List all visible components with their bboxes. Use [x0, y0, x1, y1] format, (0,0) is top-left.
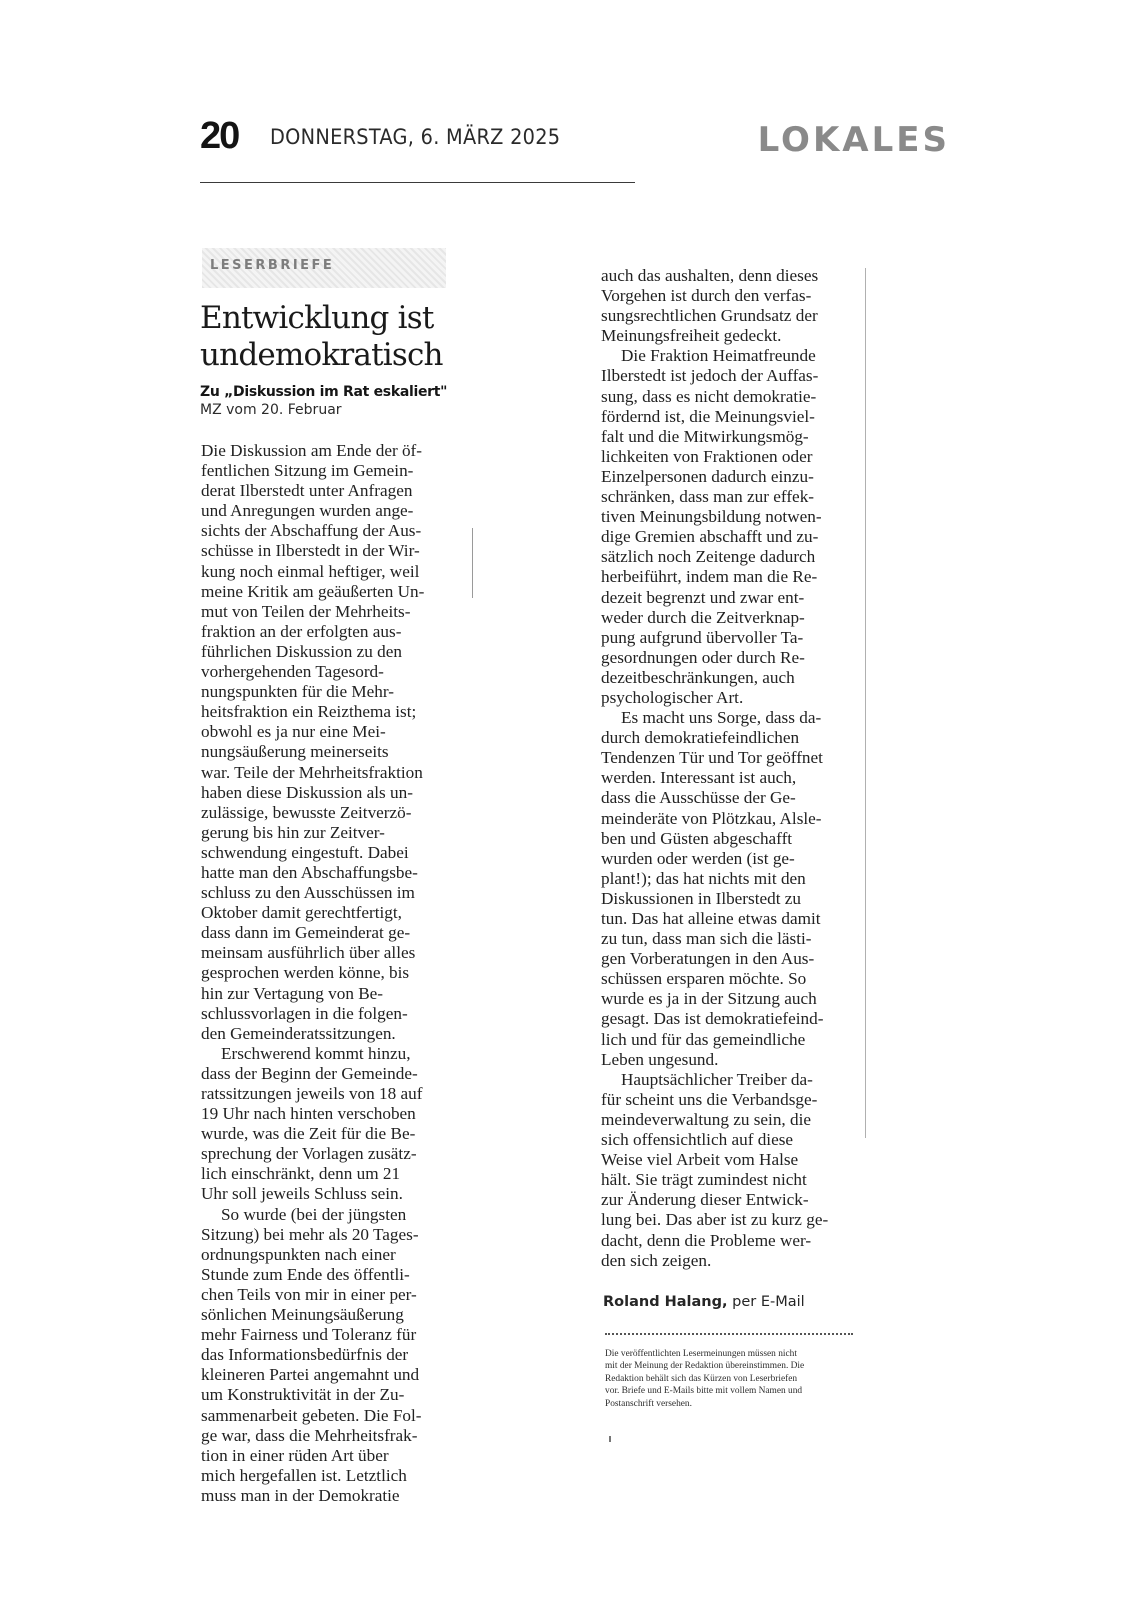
article-column-right: auch das aushalten, denn diesesVorgehen … [601, 266, 871, 1271]
column-rule [865, 268, 866, 1138]
body-text-line: nungsäußerung meinerseits [201, 742, 466, 762]
headline-line: undemokratisch [200, 337, 470, 374]
body-text-line: dacht, denn die Probleme wer- [601, 1231, 871, 1251]
body-text-line: Weise viel Arbeit vom Halse [601, 1150, 871, 1170]
body-text-line: den sich zeigen. [601, 1251, 871, 1271]
author-via: per E-Mail [728, 1294, 805, 1310]
header-rule [200, 182, 635, 183]
body-text-line: schüsse in Ilberstedt in der Wir- [201, 541, 466, 561]
dotted-divider [605, 1333, 853, 1335]
body-text-line: kleineren Partei angemahnt und [201, 1365, 466, 1385]
kicker-bar: LESERBRIEFE [202, 248, 446, 288]
body-text-line: Hauptsächlicher Treiber da- [601, 1070, 871, 1090]
article-column-left: Die Diskussion am Ende der öf-fentlichen… [201, 441, 466, 1506]
disclaimer-line: Postanschrift versehen. [605, 1398, 865, 1410]
body-text-line: hin zur Vertagung von Be- [201, 984, 466, 1004]
body-text-line: Es macht uns Sorge, dass da- [601, 708, 871, 728]
body-text-line: sprechung der Vorlagen zusätz- [201, 1144, 466, 1164]
body-text-line: gen Vorberatungen in den Aus- [601, 949, 871, 969]
disclaimer-line: Redaktion behält sich das Kürzen von Les… [605, 1373, 865, 1385]
body-text-line: haben diese Diskussion als un- [201, 783, 466, 803]
body-text-line: für scheint uns die Verbandsge- [601, 1090, 871, 1110]
body-text-line: Uhr soll jeweils Schluss sein. [201, 1184, 466, 1204]
body-text-line: wurde es ja in der Sitzung auch [601, 989, 871, 1009]
body-text-line: um Konstruktivität in der Zu- [201, 1385, 466, 1405]
body-text-line: weder durch die Zeitverknap- [601, 608, 871, 628]
body-text-line: Die Diskussion am Ende der öf- [201, 441, 466, 461]
body-text-line: das Informationsbedürfnis der [201, 1345, 466, 1365]
body-text-line: lich und für das gemeindliche [601, 1030, 871, 1050]
body-text-line: dige Gremien abschafft und zu- [601, 527, 871, 547]
body-text-line: lich einschränkt, denn um 21 [201, 1164, 466, 1184]
body-text-line: falt und die Mitwirkungsmög- [601, 427, 871, 447]
body-text-line: sätzlich noch Zeitenge dadurch [601, 547, 871, 567]
body-text-line: dezeitbeschränkungen, auch [601, 668, 871, 688]
body-text-line: dass die Ausschüsse der Ge- [601, 788, 871, 808]
body-text-line: lichkeiten von Fraktionen oder [601, 447, 871, 467]
body-text-line: fördernd ist, die Meinungsviel- [601, 407, 871, 427]
body-text-line: durch demokratiefeindlichen [601, 728, 871, 748]
body-text-line: Erschwerend kommt hinzu, [201, 1044, 466, 1064]
body-text-line: meine Kritik am geäußerten Un- [201, 582, 466, 602]
body-text-line: derat Ilberstedt unter Anfragen [201, 481, 466, 501]
reference-source: MZ vom 20. Februar [200, 401, 342, 419]
body-text-line: schluss zu den Ausschüssen im [201, 883, 466, 903]
body-text-line: heitsfraktion ein Reizthema ist; [201, 702, 466, 722]
body-text-line: dezeit begrenzt und zwar ent- [601, 588, 871, 608]
page-number: 20 [200, 116, 238, 156]
body-text-line: muss man in der Demokratie [201, 1486, 466, 1506]
body-text-line: Meinungsfreiheit gedeckt. [601, 326, 871, 346]
scan-artifact [609, 1436, 611, 1442]
body-text-line: Einzelpersonen dadurch einzu- [601, 467, 871, 487]
body-text-line: herbeiführt, indem man die Re- [601, 567, 871, 587]
article-reference: Zu „Diskussion im Rat eskaliert" [200, 383, 480, 401]
body-text-line: zur Änderung dieser Entwick- [601, 1190, 871, 1210]
body-text-line: psychologischer Art. [601, 688, 871, 708]
author-name: Roland Halang, [603, 1294, 728, 1310]
body-text-line: Leben ungesund. [601, 1050, 871, 1070]
body-text-line: lung bei. Das aber ist zu kurz ge- [601, 1210, 871, 1230]
disclaimer-line: mit der Meinung der Redaktion übereinsti… [605, 1360, 865, 1372]
body-text-line: So wurde (bei der jüngsten [201, 1205, 466, 1225]
body-text-line: gesordnungen oder durch Re- [601, 648, 871, 668]
body-text-line: ben und Güsten abgeschafft [601, 829, 871, 849]
body-text-line: wurde, was die Zeit für die Be- [201, 1124, 466, 1144]
body-text-line: meinderäte von Plötzkau, Alsle- [601, 809, 871, 829]
issue-date: DONNERSTAG, 6. MÄRZ 2025 [270, 124, 560, 150]
body-text-line: gerung bis hin zur Zeitver- [201, 823, 466, 843]
body-text-line: führlichen Diskussion zu den [201, 642, 466, 662]
body-text-line: dass der Beginn der Gemeinde- [201, 1064, 466, 1084]
body-text-line: sung, dass es nicht demokratie- [601, 387, 871, 407]
section-title: LOKALES [758, 120, 950, 160]
body-text-line: gesprochen werden könne, bis [201, 963, 466, 983]
disclaimer-line: Die veröffentlichten Lesermeinungen müss… [605, 1348, 865, 1360]
body-text-line: mich hergefallen ist. Letztlich [201, 1466, 466, 1486]
body-text-line: zulässige, bewusste Zeitverzö- [201, 803, 466, 823]
page-header: 20 DONNERSTAG, 6. MÄRZ 2025 LOKALES [200, 116, 950, 166]
letter-signature: Roland Halang, per E-Mail [603, 1294, 805, 1310]
body-text-line: Sitzung) bei mehr als 20 Tages- [201, 1225, 466, 1245]
body-text-line: pung aufgrund übervoller Ta- [601, 628, 871, 648]
body-text-line: den Gemeinderatssitzungen. [201, 1024, 466, 1044]
body-text-line: fraktion an der erfolgten aus- [201, 622, 466, 642]
body-text-line: sammenarbeit gebeten. Die Fol- [201, 1406, 466, 1426]
body-text-line: ratssitzungen jeweils von 18 auf [201, 1084, 466, 1104]
body-text-line: Tendenzen Tür und Tor geöffnet [601, 748, 871, 768]
body-text-line: und Anregungen wurden ange- [201, 501, 466, 521]
body-text-line: Oktober damit gerechtfertigt, [201, 903, 466, 923]
body-text-line: werden. Interessant ist auch, [601, 768, 871, 788]
body-text-line: schüssen ersparen möchte. So [601, 969, 871, 989]
body-text-line: schlussvorlagen in die folgen- [201, 1004, 466, 1024]
column-rule [472, 528, 473, 598]
body-text-line: sich offensichtlich auf diese [601, 1130, 871, 1150]
body-text-line: tun. Das hat alleine etwas damit [601, 909, 871, 929]
body-text-line: gesagt. Das ist demokratiefeind- [601, 1009, 871, 1029]
kicker-label: LESERBRIEFE [210, 258, 334, 273]
body-text-line: tiven Meinungsbildung notwen- [601, 507, 871, 527]
body-text-line: fentlichen Sitzung im Gemein- [201, 461, 466, 481]
body-text-line: obwohl es ja nur eine Mei- [201, 722, 466, 742]
body-text-line: vorhergehenden Tagesord- [201, 662, 466, 682]
headline-line: Entwicklung ist [200, 300, 470, 337]
body-text-line: mut von Teilen der Mehrheits- [201, 602, 466, 622]
body-text-line: ge war, dass die Mehrheitsfrak- [201, 1426, 466, 1446]
body-text-line: schwendung eingestuft. Dabei [201, 843, 466, 863]
body-text-line: nungspunkten für die Mehr- [201, 682, 466, 702]
editorial-disclaimer: Die veröffentlichten Lesermeinungen müss… [605, 1348, 865, 1410]
body-text-line: schränken, dass man zur effek- [601, 487, 871, 507]
body-text-line: mehr Fairness und Toleranz für [201, 1325, 466, 1345]
disclaimer-line: vor. Briefe und E-Mails bitte mit vollem… [605, 1385, 865, 1397]
body-text-line: hält. Sie trägt zumindest nicht [601, 1170, 871, 1190]
body-text-line: tion in einer rüden Art über [201, 1446, 466, 1466]
body-text-line: meinsam ausführlich über alles [201, 943, 466, 963]
body-text-line: Ilberstedt ist jedoch der Auffas- [601, 366, 871, 386]
body-text-line: chen Teils von mir in einer per- [201, 1285, 466, 1305]
body-text-line: hatte man den Abschaffungsbe- [201, 863, 466, 883]
body-text-line: kung noch einmal heftiger, weil [201, 562, 466, 582]
body-text-line: sönlichen Meinungsäußerung [201, 1305, 466, 1325]
body-text-line: sungsrechtlichen Grundsatz der [601, 306, 871, 326]
body-text-line: war. Teile der Mehrheitsfraktion [201, 763, 466, 783]
body-text-line: Die Fraktion Heimatfreunde [601, 346, 871, 366]
body-text-line: ordnungspunkten nach einer [201, 1245, 466, 1265]
body-text-line: zu tun, dass man sich die lästi- [601, 929, 871, 949]
body-text-line: auch das aushalten, denn dieses [601, 266, 871, 286]
body-text-line: wurden oder werden (ist ge- [601, 849, 871, 869]
body-text-line: meindeverwaltung zu sein, die [601, 1110, 871, 1130]
body-text-line: plant!); das hat nichts mit den [601, 869, 871, 889]
body-text-line: Diskussionen in Ilberstedt zu [601, 889, 871, 909]
body-text-line: Stunde zum Ende des öffentli- [201, 1265, 466, 1285]
body-text-line: dass dann im Gemeinderat ge- [201, 923, 466, 943]
body-text-line: sichts der Abschaffung der Aus- [201, 521, 466, 541]
body-text-line: 19 Uhr nach hinten verschoben [201, 1104, 466, 1124]
article-headline: Entwicklung ist undemokratisch [200, 300, 470, 374]
body-text-line: Vorgehen ist durch den verfas- [601, 286, 871, 306]
